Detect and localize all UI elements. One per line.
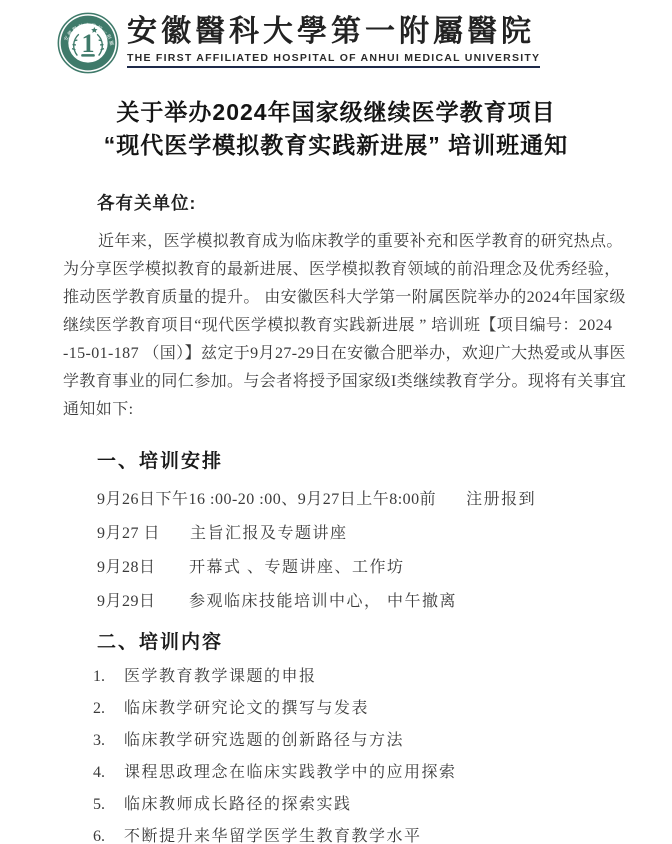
intro-line: 为分享医学模拟教育的最新进展、医学模拟教育领域的前沿理念及优秀经验， xyxy=(63,256,622,284)
notice-title-line2: “现代医学模拟教育实践新进展” 培训班通知 xyxy=(0,129,672,162)
schedule-time: 9月27 日 xyxy=(97,525,160,542)
schedule-row: 9月29日 参观临床技能培训中心， 中午撤离 xyxy=(97,593,622,610)
intro-line: 学教育事业的同仁参加。与会者将授予国家级I类继续教育学分。现将有关事宜 xyxy=(63,368,622,396)
training-topics: 1. 医学教育教学课题的申报 2. 临床教学研究论文的撰写与发表 3. 临床教学… xyxy=(63,668,622,844)
emblem-pedestal xyxy=(81,54,95,57)
intro-line: 继续医学教育项目“现代医学模拟教育实践新进展 ” 培训班【项目编号：2024 xyxy=(63,312,622,340)
schedule-time: 9月29日 xyxy=(97,593,159,610)
schedule-time: 9月28日 xyxy=(97,559,159,576)
topic-number: 4. xyxy=(93,764,120,781)
hospital-masthead: 安徽醫科大學第一附屬醫院 1 安徽醫科大學第一附屬醫院 THE FIRST AF… xyxy=(0,0,672,74)
topic-number: 5. xyxy=(93,796,120,813)
topic-text: 临床教学研究选题的创新路径与方法 xyxy=(124,732,404,749)
schedule-activity: 主旨汇报及专题讲座 xyxy=(190,525,348,542)
topic-item: 1. 医学教育教学课题的申报 xyxy=(93,668,622,685)
topic-number: 6. xyxy=(93,828,120,844)
training-schedule: 9月26日下午16 :00-20 :00、9月27日上午8:00前 注册报到 9… xyxy=(63,491,622,610)
section1-heading: 一、培训安排 xyxy=(63,446,622,473)
topic-item: 2. 临床教学研究论文的撰写与发表 xyxy=(93,700,622,717)
notice-body: 各有关单位: 近年来，医学模拟教育成为临床教学的重要补充和医学教育的研究热点。 … xyxy=(0,190,672,844)
intro-line: 近年来，医学模拟教育成为临床教学的重要补充和医学教育的研究热点。 xyxy=(63,228,622,256)
salutation: 各有关单位: xyxy=(63,190,622,215)
topic-item: 6. 不断提升来华留学医学生教育教学水平 xyxy=(93,828,622,844)
hospital-emblem-icon: 安徽醫科大學第一附屬醫院 1 xyxy=(57,12,119,74)
schedule-row: 9月28日 开幕式 、专题讲座、工作坊 xyxy=(97,559,622,576)
schedule-row: 9月26日下午16 :00-20 :00、9月27日上午8:00前 注册报到 xyxy=(97,491,622,508)
topic-text: 课程思政理念在临床实践教学中的应用探索 xyxy=(124,764,457,781)
intro-paragraph: 近年来，医学模拟教育成为临床教学的重要补充和医学教育的研究热点。 为分享医学模拟… xyxy=(63,228,622,424)
topic-number: 2. xyxy=(93,700,120,717)
topic-number: 3. xyxy=(93,732,120,749)
hospital-brand: 安徽醫科大學第一附屬醫院 THE FIRST AFFILIATED HOSPIT… xyxy=(127,12,540,68)
intro-line: -15-01-187 （国）】兹定于9月27-29日在安徽合肥举办，欢迎广大热爱… xyxy=(63,340,622,368)
schedule-activity: 开幕式 、专题讲座、工作坊 xyxy=(189,559,405,576)
topic-text: 不断提升来华留学医学生教育教学水平 xyxy=(124,828,422,844)
intro-line: 通知如下: xyxy=(63,396,622,424)
emblem-number: 1 xyxy=(81,29,94,58)
hospital-name-zh: 安徽醫科大學第一附屬醫院 xyxy=(127,15,540,48)
notice-document: 安徽醫科大學第一附屬醫院 1 安徽醫科大學第一附屬醫院 THE FIRST AF… xyxy=(0,0,672,844)
topic-item: 5. 临床教师成长路径的探索实践 xyxy=(93,796,622,813)
topic-item: 3. 临床教学研究选题的创新路径与方法 xyxy=(93,732,622,749)
schedule-activity: 参观临床技能培训中心， 中午撤离 xyxy=(189,593,457,610)
topic-number: 1. xyxy=(93,668,120,685)
topic-item: 4. 课程思政理念在临床实践教学中的应用探索 xyxy=(93,764,622,781)
notice-title: 关于举办2024年国家级继续医学教育项目 “现代医学模拟教育实践新进展” 培训班… xyxy=(0,96,672,162)
topic-text: 临床教师成长路径的探索实践 xyxy=(124,796,352,813)
schedule-row: 9月27 日 主旨汇报及专题讲座 xyxy=(97,525,622,542)
hospital-name-en: THE FIRST AFFILIATED HOSPITAL OF ANHUI M… xyxy=(127,52,540,68)
notice-title-line1: 关于举办2024年国家级继续医学教育项目 xyxy=(0,96,672,129)
topic-text: 医学教育教学课题的申报 xyxy=(124,668,317,685)
intro-line: 推动医学教育质量的提升。 由安徽医科大学第一附属医院举办的2024年国家级 xyxy=(63,284,622,312)
section2-heading: 二、培训内容 xyxy=(63,627,622,654)
schedule-activity: 注册报到 xyxy=(466,491,536,508)
schedule-time: 9月26日下午16 :00-20 :00、9月27日上午8:00前 xyxy=(97,491,436,508)
topic-text: 临床教学研究论文的撰写与发表 xyxy=(124,700,369,717)
